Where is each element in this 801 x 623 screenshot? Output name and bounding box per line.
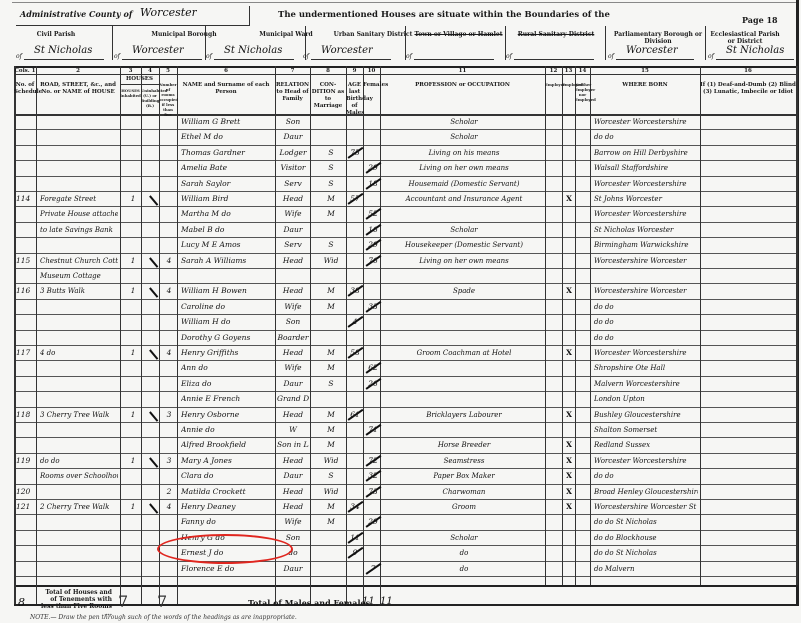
admin-county-value: Worcester [140,6,197,19]
address-cell: Foregate Street [40,193,118,205]
occupation-cell: Horse Breeder [384,439,544,451]
district-underline [311,59,391,60]
table-row: Thomas GardnerLodgerS75Living on his mea… [0,147,801,162]
relation-cell: Daur [277,131,309,143]
occupation-cell: Housekeeper (Domestic Servant) [384,239,544,251]
relation-cell: Head [277,347,309,359]
table-row: 119do do13Mary A JonesHeadWid72Seamstres… [0,455,801,470]
relation-cell: Head [277,486,309,498]
name-cell: Henry Griffiths [181,347,273,359]
name-cell: Henry Deaney [181,501,273,513]
district-of-prefix: of [16,53,22,60]
relation-cell: Daur [277,470,309,482]
district-underline [414,59,494,60]
rooms-cell: 4 [163,501,175,513]
total-females: 11 [380,596,393,607]
column-number: 9 [346,68,363,74]
relation-cell: Serv [277,239,309,251]
occupation-cell: Living on her own means [384,162,544,174]
column-number: 13 [562,68,575,74]
table-row: Ethel M doDaurScholardo do [0,131,801,146]
employed-cell: X [564,439,574,451]
district-label: Town or Village or Hamlet [406,31,511,38]
birthplace-cell: Shropshire Ote Hall [594,362,698,374]
schedule-cell: 121 [16,501,36,513]
name-cell: Caroline do [181,301,273,313]
birthplace-cell: do do St Nicholas [594,516,698,528]
schedule-heading: The undermentioned Houses are situate wi… [278,10,610,20]
condition-cell: M [318,362,344,374]
table-row: 1183 Cherry Tree Walk13Henry OsborneHead… [0,409,801,424]
table-row: 1163 Butts Walk14William H BowenHeadM38S… [0,285,801,300]
condition-cell: M [318,516,344,528]
column-header: NAME and Surname of each Person [177,82,275,96]
condition-cell: M [318,301,344,313]
condition-cell: S [318,162,344,174]
district-value: Worcester [132,45,184,56]
total-males: 11 [362,596,375,607]
district-of-prefix: of [506,53,512,60]
birthplace-cell: London Upton [594,393,698,405]
employed-cell: X [564,193,574,205]
occupation-cell: Housemaid (Domestic Servant) [384,178,544,190]
house-tally-mark [149,349,158,359]
birthplace-cell: do do [594,470,698,482]
schedule-cell: 116 [16,285,36,297]
relation-cell: W [277,424,309,436]
occupation-cell: do [384,563,544,575]
column-header: RELATION to Head of Family [275,82,310,103]
column-number: 5 [159,68,177,74]
table-row-highlighted: Ernest J dodo9dodo do St Nicholas [0,547,801,562]
inhabited-cell: 1 [127,501,139,513]
occupation-cell: Paper Box Maker [384,470,544,482]
address-cell: Chestnut Church Cottage [40,255,118,267]
schedule-cell: 117 [16,347,36,359]
table-row: Eliza doDaurS26Malvern Worcestershire [0,378,801,393]
birthplace-cell: Worcestershire Worcester St Martins [594,501,698,513]
address-cell: 2 Cherry Tree Walk [40,501,118,513]
relation-cell: Son in Law [277,439,309,451]
column-header: Employer [545,82,562,87]
address-cell: 3 Cherry Tree Walk [40,409,118,421]
house-tally-mark [149,503,158,513]
table-row: 1174 do14Henry GriffithsHeadM58Groom Coa… [0,347,801,362]
name-cell: Alfred Brookfield [181,439,273,451]
name-cell: Clara do [181,470,273,482]
column-header: ROAD, STREET, &c., and No. or NAME of HO… [36,82,120,96]
address-cell: 3 Butts Walk [40,285,118,297]
condition-cell: S [318,470,344,482]
inhabited-cell: 1 [127,255,139,267]
table-bottom-rule [14,604,798,606]
occupation-cell: Seamstress [384,455,544,467]
birthplace-cell: Worcester Worcestershire [594,178,698,190]
table-row: Florence E doDaur7dodo Malvern [0,563,801,578]
condition-cell: M [318,501,344,513]
condition-cell: M [318,347,344,359]
relation-cell: Head [277,501,309,513]
highlight-ellipse [157,534,293,564]
total-schedules: 8 [18,596,25,609]
total-houses-label: Total of Houses and of Tenements with le… [38,589,112,617]
table-row: William H doSon4do do [0,316,801,331]
rooms-cell: 3 [163,409,175,421]
rooms-cell: 4 [163,255,175,267]
column-header: Females [363,82,380,89]
house-tally-mark [149,411,158,421]
table-row: Henry G doSon11Scholardo do Blockhouse [0,532,801,547]
column-header: Number of rooms occupied if less than fi… [159,82,177,117]
schedule-cell: 115 [16,255,36,267]
total-persons-label: Total of Males and Females... [248,598,378,608]
birthplace-cell: do do [594,316,698,328]
table-row: Caroline doWifeM33do do [0,301,801,316]
district-of-prefix: of [708,53,714,60]
condition-cell: M [318,424,344,436]
occupation-cell: Groom Coachman at Hotel [384,347,544,359]
relation-cell: Wife [277,301,309,313]
occupation-cell: Scholar [384,131,544,143]
birthplace-cell: Bushley Gloucestershire [594,409,698,421]
column-number: 12 [545,68,562,74]
condition-cell: S [318,147,344,159]
birthplace-cell: Worcestershire Worcester [594,255,698,267]
birthplace-cell: Redland Sussex [594,439,698,451]
birthplace-cell: Shalton Somerset [594,424,698,436]
relation-cell: Son [277,316,309,328]
table-row: Lucy M E AmosServS29Housekeeper (Domesti… [0,239,801,254]
birthplace-cell: Walsall Staffordshire [594,162,698,174]
footnote: NOTE.— Draw the pen through such of the … [30,614,297,621]
table-row: Alfred BrookfieldSon in LawMHorse Breede… [0,439,801,454]
total-tenements: 7 [157,592,167,611]
birthplace-cell: do Malvern [594,563,698,575]
occupation-cell: Bricklayers Labourer [384,409,544,421]
name-cell: William H do [181,316,273,328]
birthplace-cell: do do St Nicholas [594,547,698,559]
house-tally-mark [149,195,158,205]
column-number: 6 [177,68,275,74]
column-number: 4 [141,68,159,74]
relation-cell: Daur [277,378,309,390]
table-row: 1202Matilda CrockettHeadWid73CharwomanXB… [0,486,801,501]
district-value: Worcester [626,45,678,56]
schedule-cell: 114 [16,193,36,205]
name-cell: William H Bowen [181,285,273,297]
name-cell: Thomas Gardner [181,147,273,159]
rooms-cell: 4 [163,285,175,297]
relation-cell: Son [277,116,309,128]
column-number: 2 [36,68,120,74]
relation-cell: Grand Daur [277,393,309,405]
relation-cell: Head [277,255,309,267]
house-tally-mark [149,457,158,467]
name-cell: Mary A Jones [181,455,273,467]
occupation-cell: Scholar [384,224,544,236]
column-header: Employed [562,82,575,87]
name-cell: William G Brett [181,116,273,128]
relation-cell: Head [277,285,309,297]
column-header: If (1) Deaf-and-Dumb (2) Blind (3) Lunat… [700,82,796,96]
rooms-cell: 4 [163,347,175,359]
occupation-cell: Spade [384,285,544,297]
district-of-prefix: of [303,53,309,60]
birthplace-cell: Malvern Worcestershire [594,378,698,390]
district-label: Rural Sanitary District [506,31,606,38]
column-number: 10 [363,68,380,74]
birthplace-cell: Barrow on Hill Derbyshire [594,147,698,159]
relation-cell: Daur [277,224,309,236]
district-underline [122,59,202,60]
employed-cell: X [564,455,574,467]
condition-cell: M [318,208,344,220]
column-number: 14 [575,68,590,74]
relation-cell: Wife [277,362,309,374]
table-row: Private House attachedMartha M doWifeM52… [0,208,801,223]
birthplace-cell: Worcester Worcestershire [594,208,698,220]
condition-cell: Wid [318,255,344,267]
district-of-prefix: of [608,53,614,60]
name-cell: Florence E do [181,563,273,575]
table-row: Sarah SaylorServS18Housemaid (Domestic S… [0,178,801,193]
schedule-cell: 120 [16,486,36,498]
house-tally-mark [149,288,158,298]
occupation-cell: Charwoman [384,486,544,498]
occupation-cell: Scholar [384,116,544,128]
relation-cell: Boarder [277,332,309,344]
name-cell: Ann do [181,362,273,374]
condition-cell: Wid [318,486,344,498]
rooms-cell: 3 [163,455,175,467]
inhabited-cell: 1 [127,455,139,467]
district-of-prefix: of [406,53,412,60]
district-value: St Nicholas [224,45,282,56]
column-number: 11 [380,68,545,74]
table-row: Annie doWM71Shalton Somerset [0,424,801,439]
name-cell: Sarah A Williams [181,255,273,267]
condition-cell: S [318,178,344,190]
district-underline [616,59,694,60]
column-header: HOUSES Inhabited [120,88,141,98]
address-cell: do do [40,455,118,467]
birthplace-cell: do do [594,301,698,313]
employed-cell: X [564,470,574,482]
table-row: 115Chestnut Church Cottage14Sarah A Will… [0,255,801,270]
name-cell: Annie do [181,424,273,436]
relation-cell: Serv [277,178,309,190]
relation-cell: Head [277,193,309,205]
column-number-rule [14,74,796,75]
relation-cell: Head [277,409,309,421]
table-row: Rooms over SchoolhouseClara doDaurS32Pap… [0,470,801,485]
condition-cell: S [318,378,344,390]
birthplace-cell: St Johns Worcester [594,193,698,205]
total-houses-inhabited: 7 [118,592,128,611]
column-header: Neither Employer nor Employed [575,82,590,102]
table-row: 114Foregate Street1William BirdHeadM57Ac… [0,193,801,208]
condition-cell: M [318,409,344,421]
condition-cell: M [318,285,344,297]
name-cell: Matilda Crockett [181,486,273,498]
admin-county-label: Administrative County of [20,9,132,19]
column-number: 16 [700,68,796,74]
employed-cell: X [564,486,574,498]
name-cell: Henry Osborne [181,409,273,421]
district-underline [24,59,104,60]
condition-cell: Wid [318,455,344,467]
inhabited-cell: 1 [127,347,139,359]
relation-cell: Wife [277,208,309,220]
column-number: Cols. 1 [14,68,36,74]
totals-top-rule [14,585,796,587]
birthplace-cell: Worcester Worcestershire [594,347,698,359]
birthplace-cell: do do [594,332,698,344]
inhabited-cell: 1 [127,409,139,421]
name-cell: Martha M do [181,208,273,220]
district-underline [716,59,794,60]
birthplace-cell: Broad Henley Gloucestershire [594,486,698,498]
table-row: Fanny doWifeM29do do St Nicholas [0,516,801,531]
column-number: 8 [310,68,346,74]
column-number: 7 [275,68,310,74]
rooms-cell: 2 [163,486,175,498]
address-cell: 4 do [40,347,118,359]
birthplace-cell: do do Blockhouse [594,532,698,544]
name-cell: Fanny do [181,516,273,528]
relation-cell: Daur [277,563,309,575]
condition-cell: S [318,239,344,251]
occupation-cell: Living on her own means [384,255,544,267]
top-border [12,2,798,3]
column-header: WHERE BORN [590,82,700,89]
address-cell: Private House attached [40,208,118,220]
district-of-prefix: of [114,53,120,60]
occupation-cell: Living on his means [384,147,544,159]
district-of-prefix: of [206,53,212,60]
table-row: Annie E FrenchGrand DaurLondon Upton [0,393,801,408]
name-cell: Lucy M E Amos [181,239,273,251]
column-header: AGE last Birthday of Males [346,82,363,117]
address-cell: to late Savings Bank [40,224,118,236]
column-number: 15 [590,68,700,74]
district-value: St Nicholas [726,45,784,56]
address-cell: Museum Cottage [40,270,118,282]
address-cell: Rooms over Schoolhouse [40,470,118,482]
employed-cell: X [564,409,574,421]
houses-subrule [120,84,159,85]
name-cell: Ethel M do [181,131,273,143]
name-cell: Dorothy G Goyens [181,332,273,344]
condition-cell: M [318,439,344,451]
occupation-cell: Groom [384,501,544,513]
occupation-cell: Accountant and Insurance Agent [384,193,544,205]
table-row: Museum Cottage [0,270,801,285]
column-header: Uninhabited (U.) or Building (B.) [141,88,159,108]
column-number: 3 [120,68,141,74]
employed-cell: X [564,501,574,513]
district-value: Worcester [321,45,373,56]
name-cell: Eliza do [181,378,273,390]
birthplace-cell: Birmingham Warwickshire [594,239,698,251]
district-divider [112,26,113,60]
relation-cell: Lodger [277,147,309,159]
table-row: Ann doWifeM62Shropshire Ote Hall [0,362,801,377]
occupation-cell: Scholar [384,532,544,544]
column-header: PROFESSION or OCCUPATION [380,82,545,89]
birthplace-cell: do do [594,131,698,143]
name-cell: Annie E French [181,393,273,405]
house-tally-mark [149,257,158,267]
name-cell: Sarah Saylor [181,178,273,190]
column-header: CON-DITION as to Marriage [310,82,346,110]
table-row: to late Savings BankMabel B doDaur16Scho… [0,224,801,239]
table-row: Amelia BateVisitorS29Living on her own m… [0,162,801,177]
birthplace-cell: St Nicholas Worcester [594,224,698,236]
name-cell: Amelia Bate [181,162,273,174]
table-row: William G BrettSonScholarWorcester Worce… [0,116,801,131]
table-row: 1212 Cherry Tree Walk14Henry DeaneyHeadM… [0,501,801,516]
relation-cell: Head [277,455,309,467]
district-underline [214,59,294,60]
column-header: No. of Schedule [14,82,36,96]
birthplace-cell: Worcester Worcestershire [594,455,698,467]
district-underline [514,59,594,60]
condition-cell: M [318,193,344,205]
schedule-cell: 119 [16,455,36,467]
occupation-cell: do [384,547,544,559]
birthplace-cell: Worcester Worcestershire [594,116,698,128]
houses-group-header: HOUSES [120,76,159,83]
employed-cell: X [564,285,574,297]
name-cell: William Bird [181,193,273,205]
district-label: Parliamentary Borough or Division [608,31,708,45]
district-label: Ecclesiastical Parish or District [708,31,782,45]
relation-cell: Visitor [277,162,309,174]
page-number: Page 18 [742,15,778,25]
schedule-cell: 118 [16,409,36,421]
district-label: Civil Parish [16,31,96,38]
table-row: Dorothy G GoyensBoarderdo do [0,332,801,347]
birthplace-cell: Worcestershire Worcester [594,285,698,297]
district-value: St Nicholas [34,45,92,56]
name-cell: Mabel B do [181,224,273,236]
employed-cell: X [564,347,574,359]
inhabited-cell: 1 [127,193,139,205]
census-page: Administrative County of Worcester The u… [0,0,801,623]
relation-cell: Wife [277,516,309,528]
inhabited-cell: 1 [127,285,139,297]
